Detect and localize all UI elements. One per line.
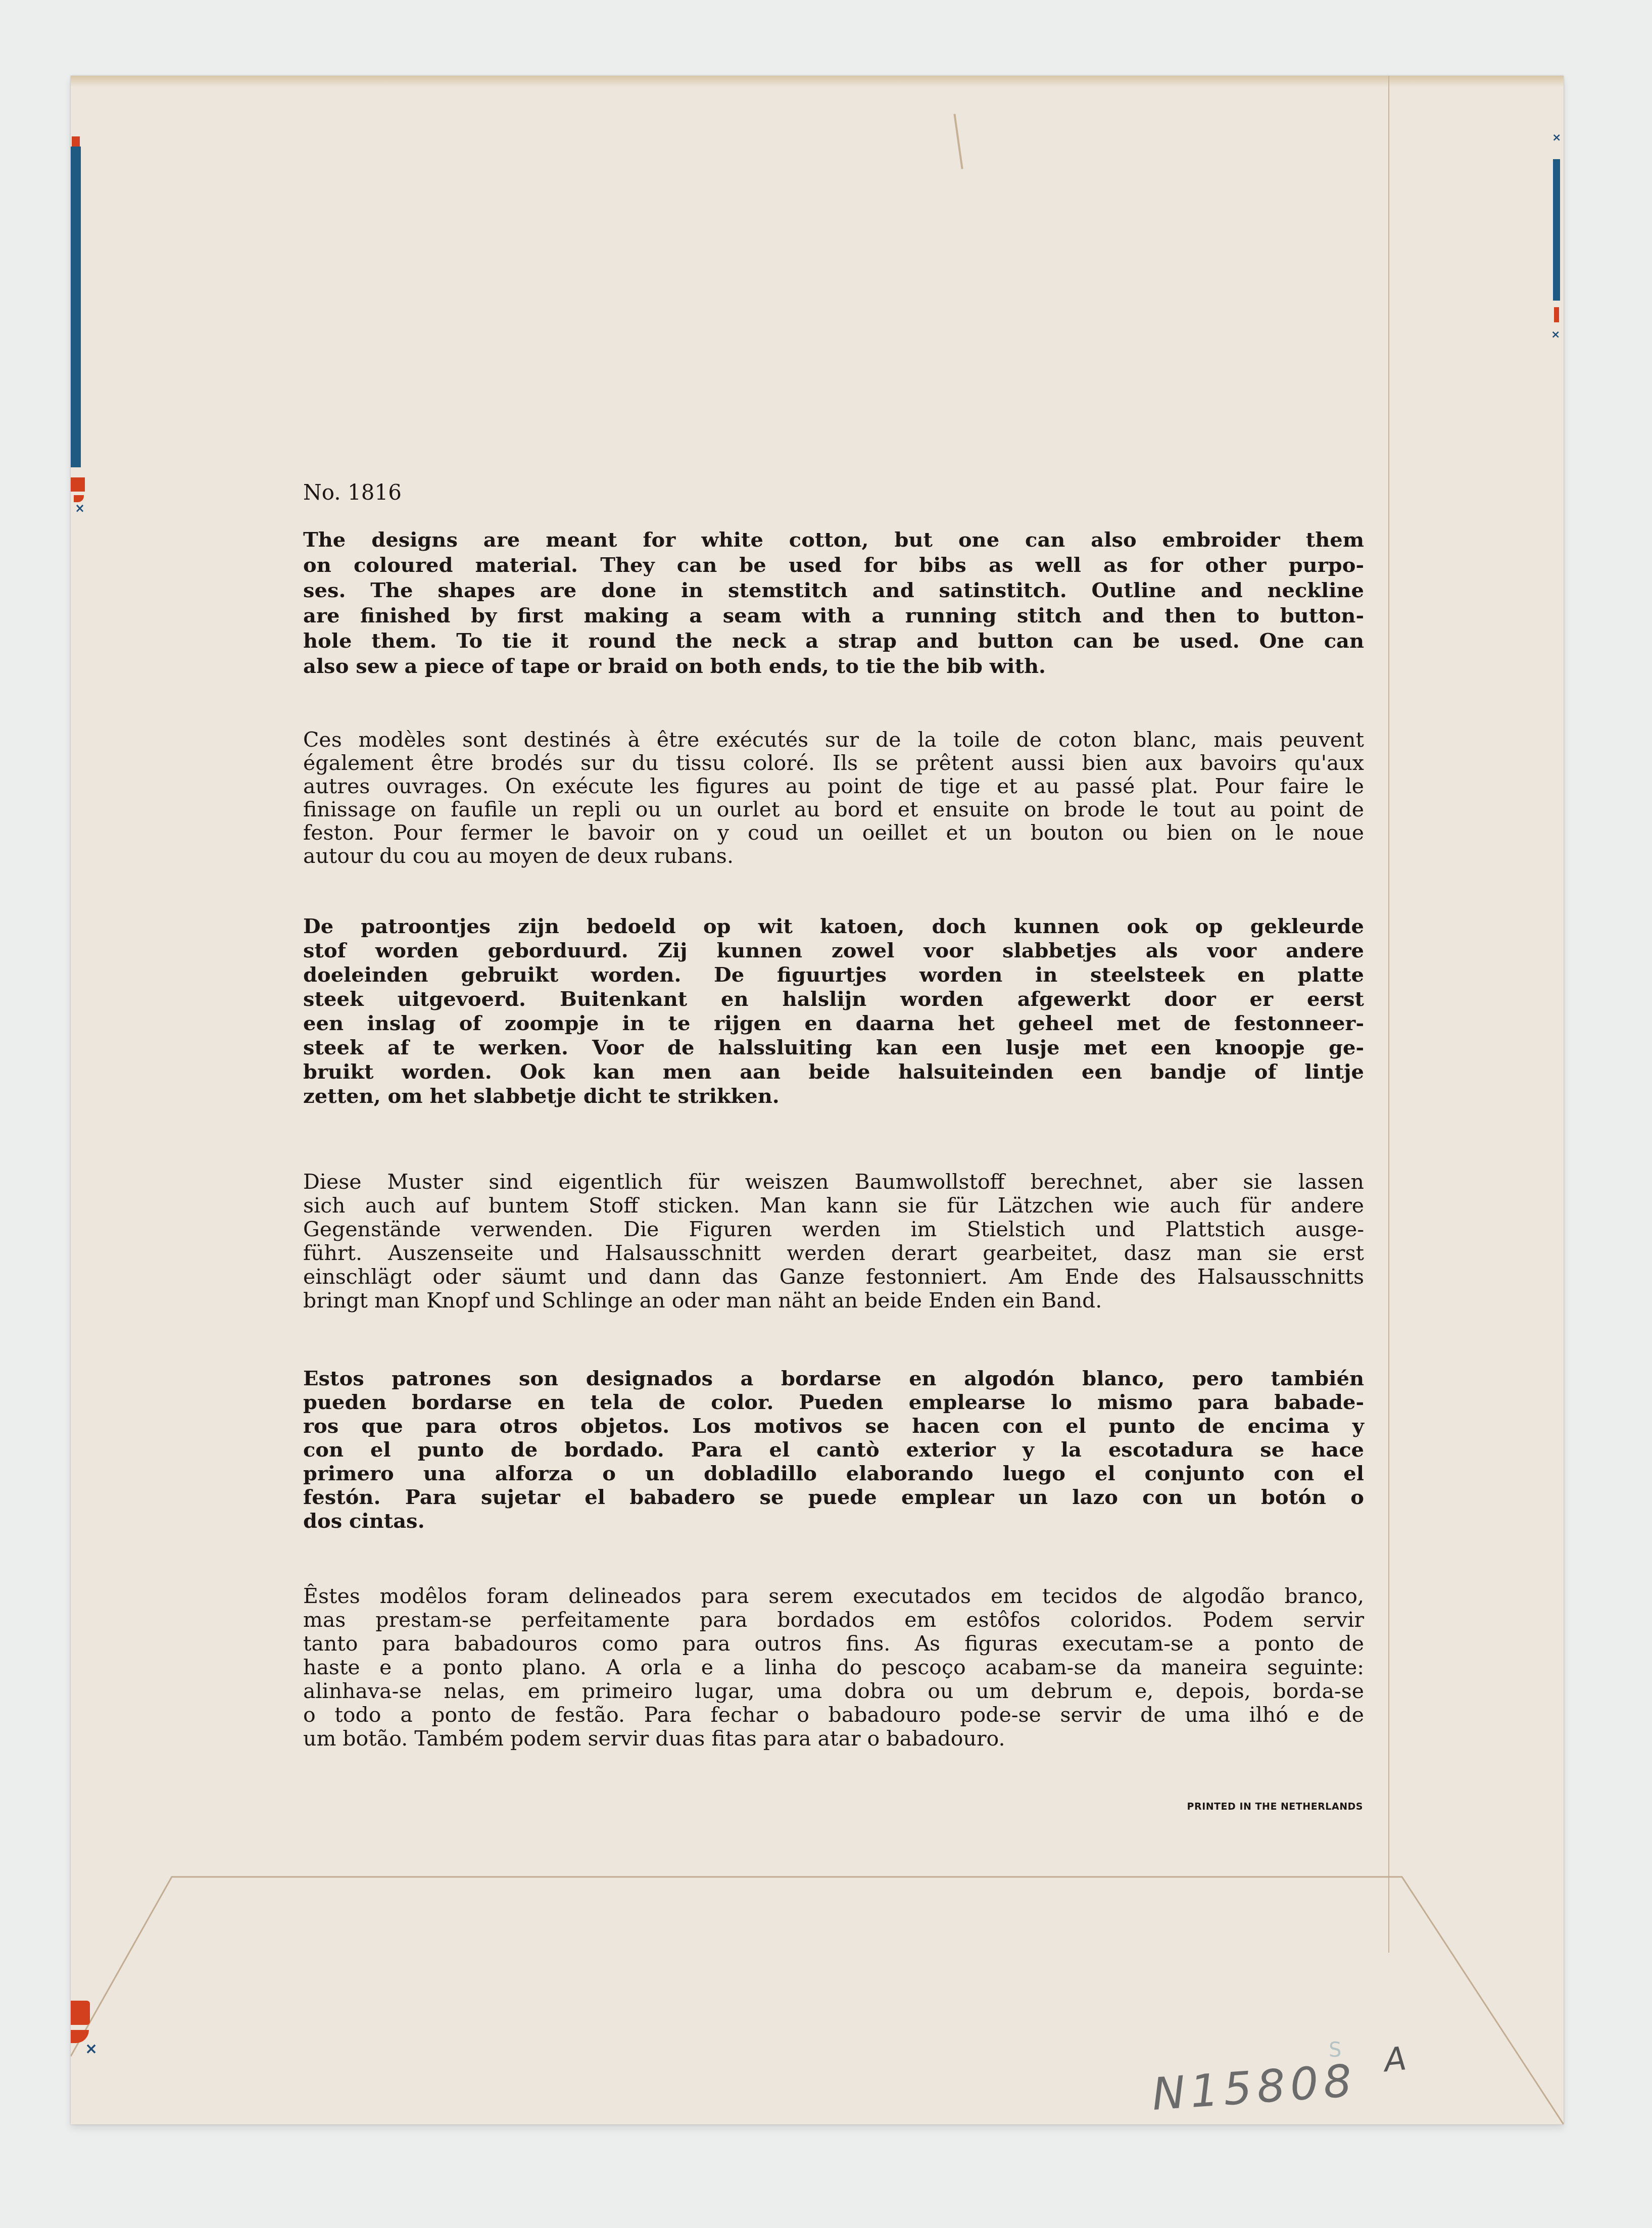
text-line: sich auch auf buntem Stoff sticken. Man …: [303, 1193, 1364, 1218]
text-line: alinhava-se nelas, em primeiro lugar, um…: [303, 1679, 1364, 1703]
text-line: primero una alforza o un dobladillo elab…: [303, 1462, 1364, 1485]
text-line: on coloured material. They can be used f…: [303, 553, 1364, 577]
text-line: doeleinden gebruikt worden. De figuurtje…: [303, 963, 1364, 987]
handwritten-suffix: A: [1382, 2040, 1408, 2079]
text-line: Estos patrones son designados a bordarse…: [303, 1367, 1364, 1390]
text-line: Gegenstände verwenden. Die Figuren werde…: [303, 1217, 1364, 1241]
text-line: bringt man Knopf und Schlinge an oder ma…: [303, 1288, 1364, 1313]
text-line: einschlägt oder säumt und dann das Ganze…: [303, 1265, 1364, 1289]
text-line: stof worden geborduurd. Zij kunnen zowel…: [303, 939, 1364, 962]
text-line: con el punto de bordado. Para el cantò e…: [303, 1438, 1364, 1462]
text-line: een inslag of zoompje in te rijgen en da…: [303, 1011, 1364, 1035]
text-line: festón. Para sujetar el babadero se pued…: [303, 1485, 1364, 1509]
text-line: feston. Pour fermer le bavoir on y coud …: [303, 820, 1364, 845]
text-line: steek af te werken. Voor de halssluiting…: [303, 1036, 1364, 1059]
text-line: bruikt worden. Ook kan men aan beide hal…: [303, 1060, 1364, 1084]
text-line: steek uitgevoerd. Buitenkant en halslijn…: [303, 987, 1364, 1011]
border-cross-icon: ×: [1552, 131, 1561, 144]
text-line: autres ouvrages. On exécute les figures …: [303, 774, 1364, 798]
text-line: o todo a ponto de festão. Para fechar o …: [303, 1703, 1364, 1727]
text-line: führt. Auszenseite und Halsausschnitt we…: [303, 1241, 1364, 1265]
envelope-back-sheet: × × × × No. 1816 The designs are meant f…: [71, 76, 1564, 2124]
text-line: pueden bordarse en tela de color. Pueden…: [303, 1390, 1364, 1414]
border-red-mark: [71, 2001, 90, 2025]
text-line: hole them. To tie it round the neck a st…: [303, 629, 1364, 653]
text-line: également être brodés sur du tissu color…: [303, 751, 1364, 775]
text-line: mas prestam-se perfeitamente para bordad…: [303, 1608, 1364, 1632]
text-line: Êstes modêlos foram delineados para sere…: [303, 1584, 1364, 1608]
text-line: zetten, om het slabbetje dicht te strikk…: [303, 1084, 1364, 1108]
text-line: ses. The shapes are done in stemstitch a…: [303, 578, 1364, 602]
border-red-mark: [1554, 307, 1559, 322]
text-line: Ces modèles sont destinés à être exécuté…: [303, 728, 1364, 752]
border-cross-icon: ×: [1551, 328, 1560, 341]
border-red-mark: [71, 477, 85, 492]
text-line: tanto para babadouros como para outros f…: [303, 1631, 1364, 1656]
text-line: ros que para otros objetos. Los motivos …: [303, 1414, 1364, 1438]
border-blue-stripe: [1553, 159, 1560, 301]
text-line: Diese Muster sind eigentlich für weiszen…: [303, 1170, 1364, 1194]
printed-in-netherlands-imprint: PRINTED IN THE NETHERLANDS: [1187, 1801, 1363, 1812]
border-cross-icon: ×: [75, 501, 85, 515]
text-line: finissage on faufile un repli ou un ourl…: [303, 797, 1364, 821]
border-blue-stripe: [71, 147, 81, 467]
text-line: also sew a piece of tape or braid on bot…: [303, 654, 1364, 678]
pattern-number: No. 1816: [303, 480, 402, 505]
text-line: dos cintas.: [303, 1509, 1364, 1533]
text-line: autour du cou au moyen de deux rubans.: [303, 844, 1364, 868]
text-line: The designs are meant for white cotton, …: [303, 528, 1364, 552]
text-line: are finished by first making a seam with…: [303, 604, 1364, 627]
text-line: um botão. Também podem servir duas fitas…: [303, 1726, 1364, 1751]
text-line: De patroontjes zijn bedoeld op wit katoe…: [303, 914, 1364, 938]
text-line: haste e a ponto plano. A orla e a linha …: [303, 1655, 1364, 1679]
border-cross-icon: ×: [85, 2040, 98, 2058]
